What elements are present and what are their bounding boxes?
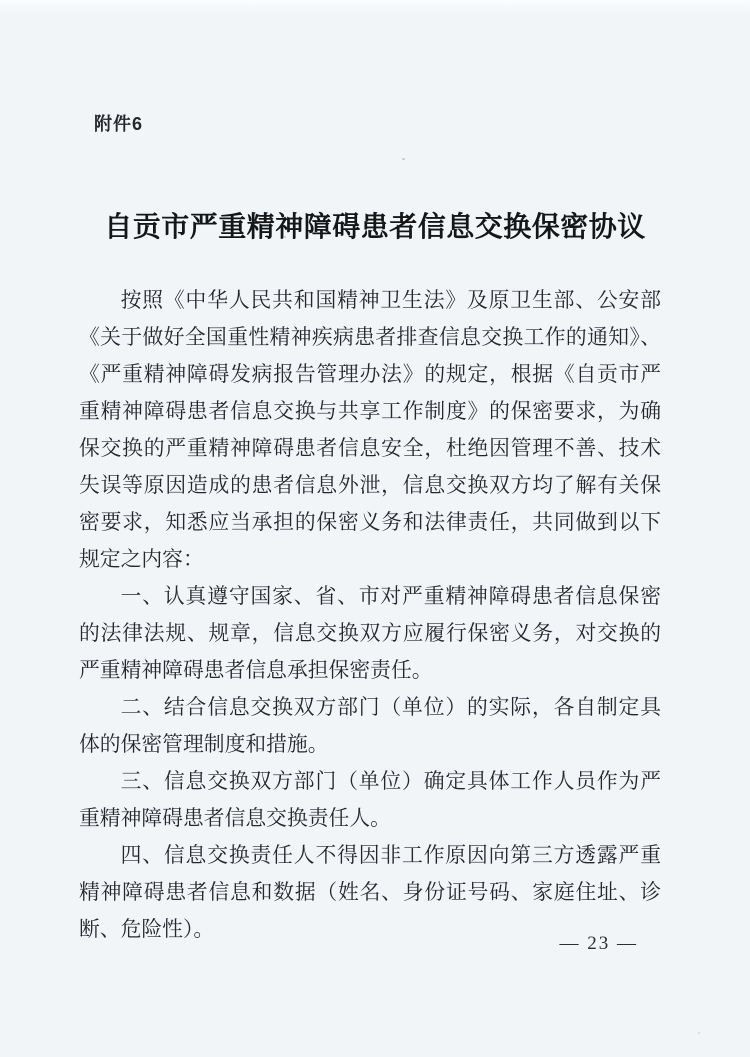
body-paragraph-item-4: 四、信息交换责任人不得因非工作原因向第三方透露严重精神障碍患者信息和数据（姓名、… (79, 837, 661, 948)
body-paragraph-item-2: 二、结合信息交换双方部门（单位）的实际，各自制定具体的保密管理制度和措施。 (79, 689, 661, 763)
page-number: — 23 — (560, 933, 639, 955)
document-body: 按照《中华人民共和国精神卫生法》及原卫生部、公安部《关于做好全国重性精神疾病患者… (79, 282, 661, 948)
scanned-document-page: 附件6 自贡市严重精神障碍患者信息交换保密协议 按照《中华人民共和国精神卫生法》… (0, 0, 750, 1057)
body-paragraph-item-1: 一、认真遵守国家、省、市对严重精神障碍患者信息保密的法律法规、规章，信息交换双方… (79, 578, 661, 689)
body-paragraph-intro: 按照《中华人民共和国精神卫生法》及原卫生部、公安部《关于做好全国重性精神疾病患者… (79, 282, 661, 578)
document-title: 自贡市严重精神障碍患者信息交换保密协议 (0, 205, 750, 245)
scan-speck (284, 236, 286, 238)
scan-speck (698, 1032, 700, 1034)
body-paragraph-item-3: 三、信息交换双方部门（单位）确定具体工作人员作为严重精神障碍患者信息交换责任人。 (79, 763, 661, 837)
attachment-label: 附件6 (94, 110, 143, 136)
scan-speck (402, 158, 405, 160)
